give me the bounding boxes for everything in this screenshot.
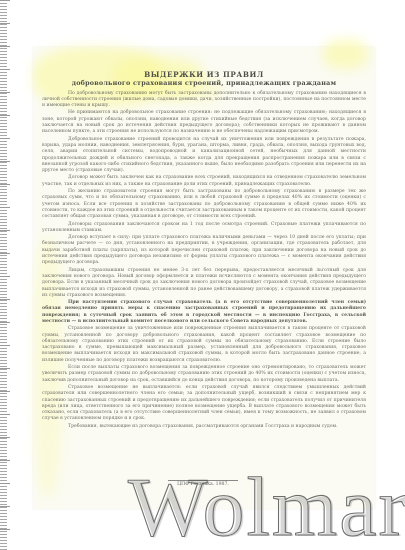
paragraph: Лицам, страховавшим строения не менее 3-… [42,268,366,299]
paragraph: Требования, вытекающие из договора страх… [42,424,366,430]
document-subtitle: добровольного страхования строений, прин… [42,80,366,86]
watermark-logo: Wolmar [128,466,405,550]
paragraph: Страховое возмещение за уничтоженные или… [42,326,366,364]
paragraph: Если после выплаты страхового возмещения… [42,365,366,384]
document-title: ВЫДЕРЖКИ ИЗ ПРАВИЛ [42,72,366,78]
paragraph: Не принимаются на добровольное страхован… [42,110,366,135]
paragraph: По добровольному страхованию могут быть … [42,91,366,110]
yellow-stain [323,39,368,69]
paragraph: По желанию страхователя строения могут б… [42,189,366,220]
paragraph: Добровольное страхование строений провод… [42,137,366,175]
paragraph: Договор может быть заключен как на страх… [42,175,366,188]
paragraph: Договоры страхования заключаются сроком … [42,222,366,235]
scan-ruler [0,0,7,550]
document-body: ВЫДЕРЖКИ ИЗ ПРАВИЛ добровольного страхов… [42,72,366,431]
paragraph: Договор вступает в силу: при уплате стра… [42,235,366,266]
paragraph-bold: При наступлении страхового случая страхо… [42,300,366,325]
paragraph: Страховое возмещение не выплачивается: е… [42,385,366,423]
